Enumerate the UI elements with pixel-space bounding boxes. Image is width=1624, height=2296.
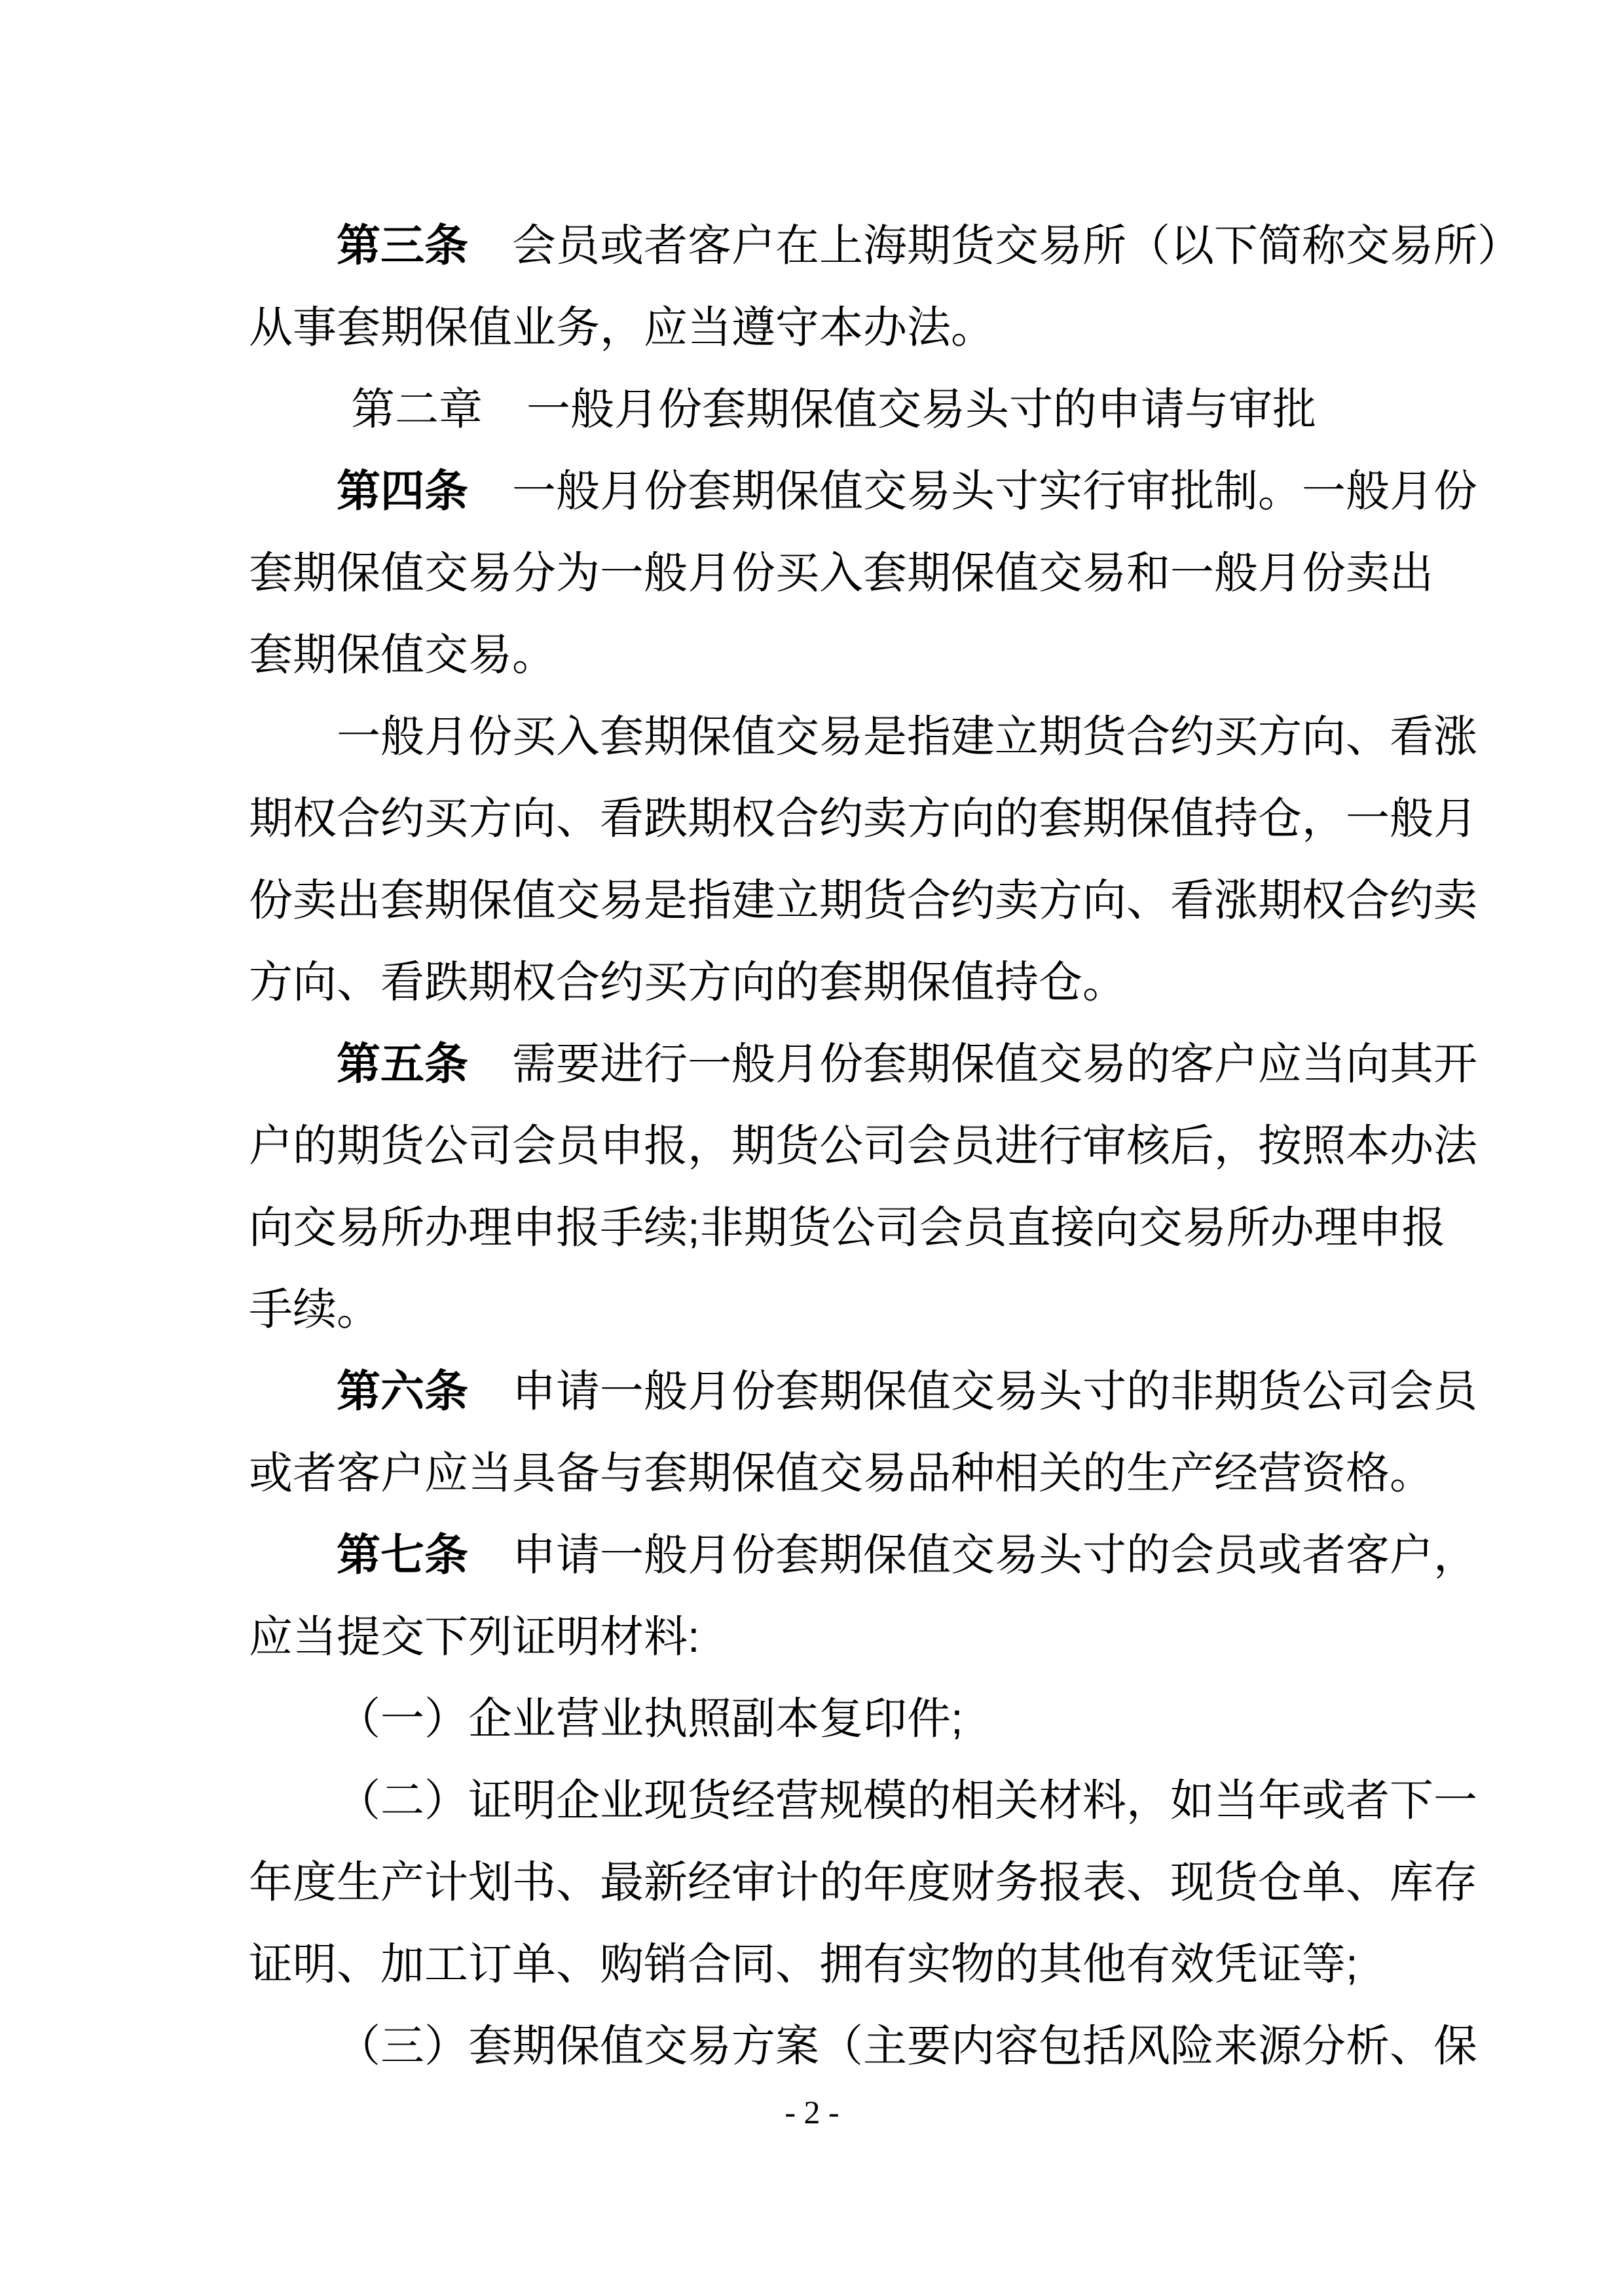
article-number: 第三条 (337, 221, 468, 270)
line-text: （二）证明企业现货经营规模的相关材料，如当年或者下一 (337, 1776, 1477, 1825)
article-number: 第四条 (337, 467, 468, 516)
text-line: 份卖出套期保值交易是指建立期货合约卖方向、看涨期权合约卖 (249, 860, 1418, 941)
document-body: 第三条 会员或者客户在上海期货交易所（以下简称交易所）从事套期保值业务，应当遵守… (249, 205, 1418, 2087)
text-line: 户的期货公司会员申报，期货公司会员进行审核后，按照本办法 (249, 1105, 1418, 1187)
line-text: 向交易所办理申报手续;非期货公司会员直接向交易所办理申报 (249, 1203, 1446, 1252)
text-line: 第六条 申请一般月份套期保值交易头寸的非期货公司会员 (249, 1351, 1418, 1432)
text-line: 证明、加工订单、购销合同、拥有实物的其他有效凭证等; (249, 1923, 1418, 2005)
text-line: （三）套期保值交易方案（主要内容包括风险来源分析、保 (249, 2005, 1418, 2087)
text-line: 手续。 (249, 1269, 1418, 1351)
line-text: 申请一般月份套期保值交易头寸的非期货公司会员 (468, 1367, 1477, 1416)
text-line: 第二章 一般月份套期保值交易头寸的申请与审批 (249, 369, 1418, 450)
line-text: 手续。 (249, 1285, 380, 1334)
text-line: 一般月份买入套期保值交易是指建立期货合约买方向、看涨 (249, 696, 1418, 778)
line-text: 份卖出套期保值交易是指建立期货合约卖方向、看涨期权合约卖 (249, 876, 1477, 925)
article-number: 第六条 (337, 1367, 468, 1416)
page-number: - 2 - (0, 2092, 1624, 2132)
line-text: 申请一般月份套期保值交易头寸的会员或者客户， (468, 1531, 1477, 1580)
article-number: 第七条 (337, 1531, 468, 1580)
text-line: （二）证明企业现货经营规模的相关材料，如当年或者下一 (249, 1760, 1418, 1842)
text-line: 从事套期保值业务，应当遵守本办法。 (249, 287, 1418, 369)
text-line: 年度生产计划书、最新经审计的年度财务报表、现货仓单、库存 (249, 1842, 1418, 1923)
line-text: 第二章 一般月份套期保值交易头寸的申请与审批 (351, 385, 1316, 434)
line-text: 年度生产计划书、最新经审计的年度财务报表、现货仓单、库存 (249, 1858, 1477, 1907)
text-line: （一）企业营业执照副本复印件; (249, 1678, 1418, 1760)
text-line: 套期保值交易分为一般月份买入套期保值交易和一般月份卖出 (249, 532, 1418, 614)
line-text: 期权合约买方向、看跌期权合约卖方向的套期保值持仓，一般月 (249, 794, 1477, 843)
text-line: 应当提交下列证明材料: (249, 1596, 1418, 1678)
article-number: 第五条 (337, 1040, 468, 1089)
line-text: 应当提交下列证明材料: (249, 1613, 700, 1662)
line-text: 一般月份套期保值交易头寸实行审批制。一般月份 (468, 467, 1477, 516)
text-line: 套期保值交易。 (249, 614, 1418, 696)
line-text: 户的期货公司会员申报，期货公司会员进行审核后，按照本办法 (249, 1121, 1477, 1171)
document-page: { "content": { "lines": [ { "style": "in… (0, 0, 1624, 2296)
text-line: 方向、看跌期权合约买方向的套期保值持仓。 (249, 941, 1418, 1023)
line-text: 证明、加工订单、购销合同、拥有实物的其他有效凭证等; (249, 1940, 1358, 1989)
line-text: 从事套期保值业务，应当遵守本办法。 (249, 303, 995, 352)
line-text: 套期保值交易分为一般月份买入套期保值交易和一般月份卖出 (249, 549, 1433, 598)
text-line: 向交易所办理申报手续;非期货公司会员直接向交易所办理申报 (249, 1187, 1418, 1269)
text-line: 第五条 需要进行一般月份套期保值交易的客户应当向其开 (249, 1023, 1418, 1105)
line-text: 方向、看跌期权合约买方向的套期保值持仓。 (249, 958, 1126, 1007)
text-line: 期权合约买方向、看跌期权合约卖方向的套期保值持仓，一般月 (249, 778, 1418, 860)
text-line: 第四条 一般月份套期保值交易头寸实行审批制。一般月份 (249, 450, 1418, 532)
text-line: 或者客户应当具备与套期保值交易品种相关的生产经营资格。 (249, 1432, 1418, 1514)
line-text: （一）企业营业执照副本复印件; (337, 1694, 963, 1743)
line-text: 或者客户应当具备与套期保值交易品种相关的生产经营资格。 (249, 1449, 1433, 1498)
text-line: 第三条 会员或者客户在上海期货交易所（以下简称交易所） (249, 205, 1418, 287)
line-text: 需要进行一般月份套期保值交易的客户应当向其开 (468, 1040, 1477, 1089)
line-text: 一般月份买入套期保值交易是指建立期货合约买方向、看涨 (337, 712, 1477, 761)
line-text: （三）套期保值交易方案（主要内容包括风险来源分析、保 (337, 2022, 1477, 2071)
text-line: 第七条 申请一般月份套期保值交易头寸的会员或者客户， (249, 1514, 1418, 1596)
line-text: 套期保值交易。 (249, 630, 556, 680)
line-text: 会员或者客户在上海期货交易所（以下简称交易所） (468, 221, 1521, 270)
